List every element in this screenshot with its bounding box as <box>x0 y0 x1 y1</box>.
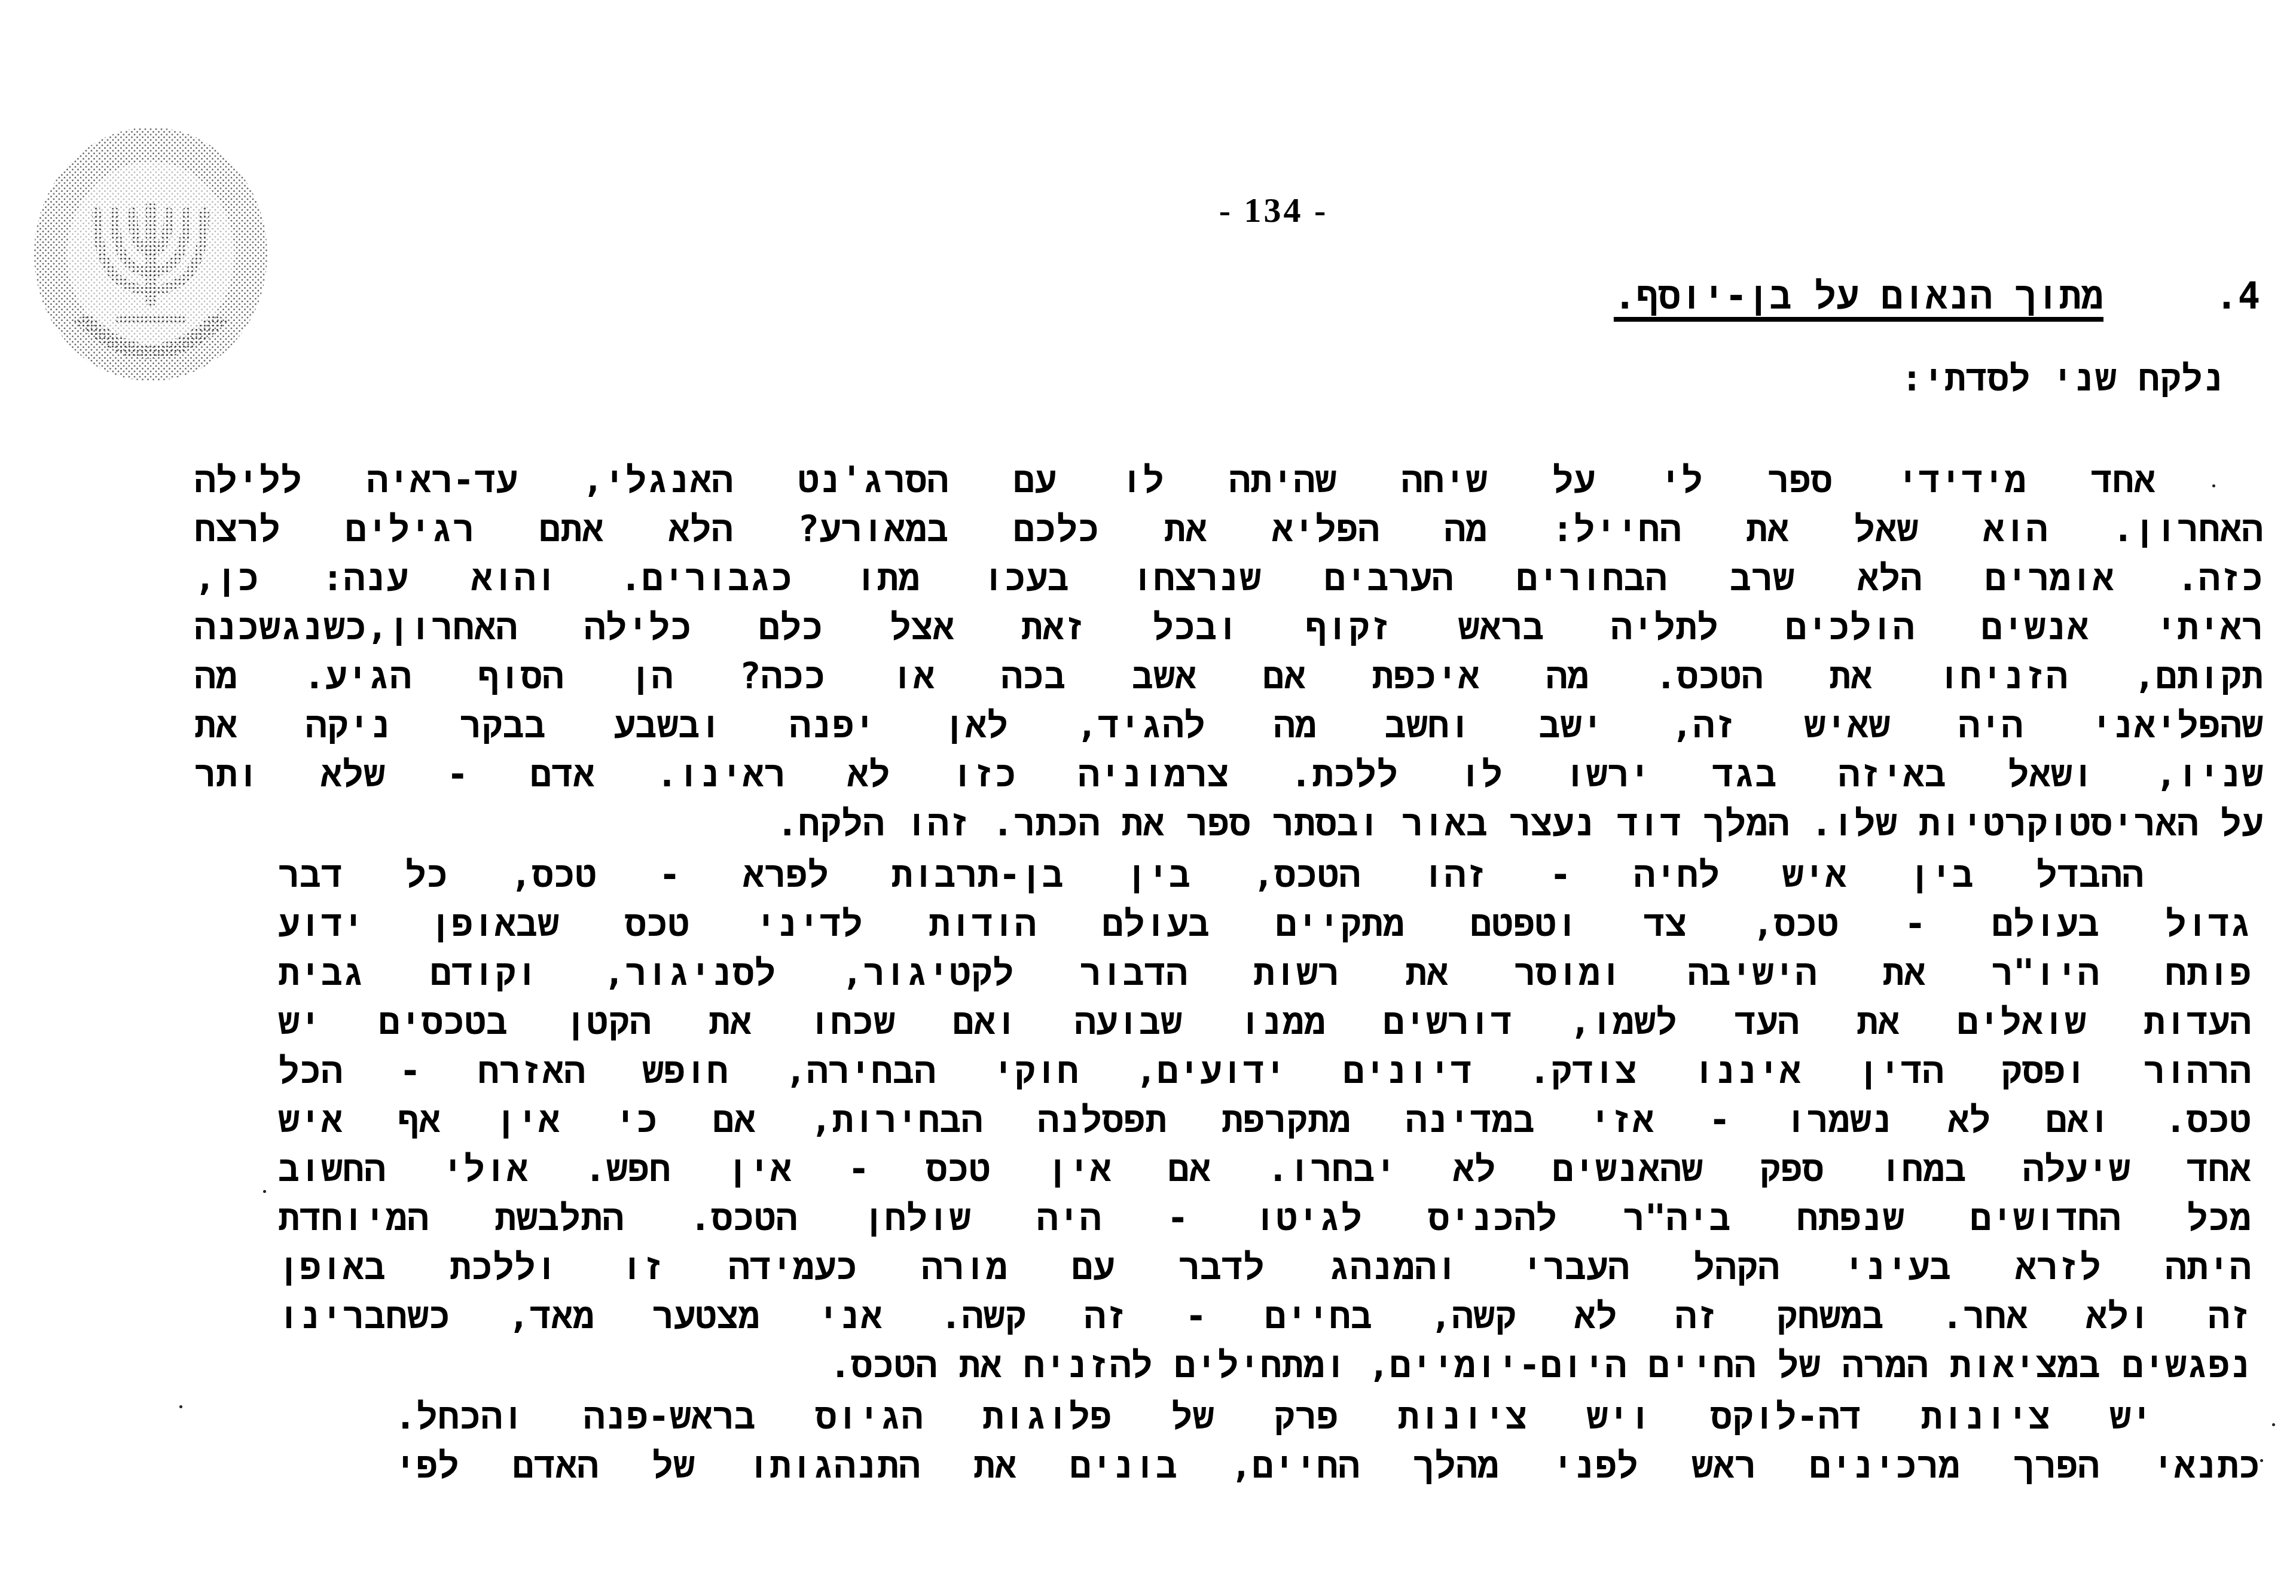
text-line: על האריסטוקרטיות שלו. המלך דוד נעצר באור… <box>194 799 2263 848</box>
scan-speck <box>2260 1459 2263 1462</box>
text-line: גדול בעולם - טכס, צד וטפטם מתקיים בעולם … <box>278 899 2251 948</box>
paragraph-3: יש ציונות דה-לוקס ויש ציונות פרק של פלוג… <box>395 1392 2260 1490</box>
text-line: זה ולא אחר. במשחק זה לא קשה, בחיים - זה … <box>278 1292 2251 1341</box>
text-line: אחד מידידי ספר לי על שיחה שהיתה לו עם הס… <box>194 456 2263 505</box>
text-line: יש ציונות דה-לוקס ויש ציונות פרק של פלוג… <box>395 1392 2260 1441</box>
text-line: ההבדל בין איש לחיה - זהו הטכס, בין בן-תר… <box>278 850 2251 899</box>
text-line: העדות שואלים את העד לשמו, דורשים ממנו שב… <box>278 997 2251 1046</box>
text-line: שהפליאני היה שאיש זה, ישב וחשב מה להגיד,… <box>194 701 2263 750</box>
text-line: נפגשים במציאות המרה של החיים היום-יומיים… <box>278 1341 2251 1390</box>
paragraph-2: ההבדל בין איש לחיה - זהו הטכס, בין בן-תר… <box>278 850 2251 1390</box>
scan-speck <box>179 1405 182 1408</box>
scan-speck <box>263 1190 266 1193</box>
text-line: תקותם, הזניחו את הטכס. מה איכפת אם אשב ב… <box>194 652 2263 701</box>
text-line: ראיתי אנשים הולכים לתליה בראש זקוף ובכל … <box>194 603 2263 652</box>
section-number: 4. <box>2215 274 2260 318</box>
text-line: האחרון. הוא שאל את החייל: מה הפליא את כל… <box>194 505 2263 554</box>
text-line: הרהור ופסק הדין איננו צודק. דיונים ידועי… <box>278 1046 2251 1095</box>
text-line: טכס. ואם לא נשמרו - אזי במדינה מתקרפת תפ… <box>278 1095 2251 1145</box>
text-line: כתנאי הפרך מרכינים ראש לפני מהלך החיים, … <box>395 1441 2260 1490</box>
text-line: היתה לזרא בעיני הקהל העברי והמנהג לדבר ע… <box>278 1243 2251 1292</box>
paragraph-1: אחד מידידי ספר לי על שיחה שהיתה לו עם הס… <box>194 456 2263 848</box>
scan-speck <box>2212 484 2215 487</box>
text-line: כזה. אומרים הלא שרב הבחורים הערבים שנרצח… <box>194 554 2263 603</box>
section-title: מתוך הנאום על בן-יוסף. <box>1614 274 2103 318</box>
scan-speck <box>2272 1423 2275 1426</box>
text-line: שניו, ושאל באיזה בגד ירשו לו ללכת. צרמונ… <box>194 750 2263 799</box>
text-line: אחד שיעלה במחו ספק שהאנשים לא יבחרו. אם … <box>278 1145 2251 1194</box>
text-line: מכל החדושים שנפתח ביה"ר להכניס לגיטו - ה… <box>278 1194 2251 1243</box>
text-line: פותח היו"ר את הישיבה ומוסר את רשות הדבור… <box>278 948 2251 997</box>
subheading: נלקח שני לסדתי: <box>1327 358 2224 402</box>
page-number: - 134 - <box>1172 190 1375 230</box>
section-heading: 4. מתוך הנאום על בן-יוסף. <box>945 274 2260 320</box>
menorah-seal-icon <box>31 123 270 386</box>
